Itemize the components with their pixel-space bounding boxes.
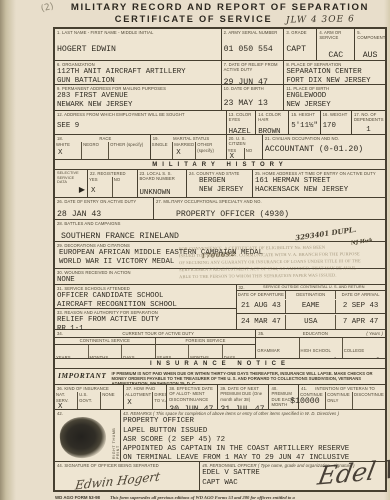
field-title: RACE [63, 136, 148, 141]
field-label: 3. GRADE [286, 30, 314, 35]
insurance-amount-value: $10000 [290, 397, 319, 407]
field-label: 22. REGISTERED [90, 171, 126, 176]
field-label: 21. CIVILIAN OCCUPATION AND NO. [265, 136, 383, 141]
field-header: 37. HOW PAID [124, 385, 166, 392]
field-label: 37. HOW PAID [126, 386, 155, 391]
field-ss-board-number: 23. LOCAL S. S. BOARD NUMBER UNKNOWN [138, 170, 188, 197]
field-label: 17. NO. OF DEPENDENTS [354, 112, 383, 123]
option-yes: YES X [227, 148, 245, 160]
field-label: 15. HEIGHT [291, 112, 317, 117]
field-label: 38. EFFECTIVE DATE OF ALLOT- MENT DISCON… [169, 386, 215, 402]
field-value: 28 JAN 43 [57, 210, 151, 219]
field-how-paid: 37. HOW PAID ALLOTMENT X DIRECT TO V.A. [124, 385, 167, 409]
scanned-document-page: { "page": { "mark": "(2)" }, "header": {… [0, 0, 390, 500]
option-other: OTHER (specify) [109, 142, 150, 159]
field-name: 1. LAST NAME - FIRST NAME - MIDDLE INITI… [55, 29, 222, 60]
form-row: IMPORTANT IF PREMIUM IS NOT PAID WHEN DU… [55, 369, 385, 385]
field-label: 27. MILITARY OCCUPATIONAL SPECIALTY AND … [156, 199, 383, 204]
left-stack: 31. SERVICE SCHOOLS ATTENDED OFFICER CAN… [55, 285, 237, 329]
field-title: MARITAL STATUS [159, 136, 224, 141]
field-veteran-intention: 41. INTENTION OF VETERAN TO CONTINUE CON… [299, 385, 385, 409]
field-component: 5. COMPONENT AUS [355, 29, 385, 60]
form-number: WD AGO FORM 53-98 [55, 495, 100, 500]
field-weight: 16. WEIGHT 170 [321, 111, 352, 134]
form-row: 6. ORGANIZATION 112TH ANIT AIRCRAFT ARTI… [55, 61, 385, 85]
option-group: ALLOTMENT X DIRECT TO V.A. [124, 392, 166, 409]
field-birth-date: 10. DATE OF BIRTH 23 MAY 13 [222, 85, 285, 110]
field-header: 20. U. S. CITIZEN [227, 135, 262, 148]
tour-columns: YEARS0 MONTHS9 DAYS15 [55, 345, 155, 359]
field-label: 36. KIND OF INSURANCE [57, 386, 109, 391]
field-label: 9. PERMANENT ADDRESS FOR MAILING PURPOSE… [57, 86, 219, 91]
field-label: 31. SERVICE SCHOOLS ATTENDED [57, 286, 234, 291]
field-birth-place: 11. PLACE OF BIRTH ENGLEWOOD NEW JERSEY [284, 85, 385, 110]
field-personnel-officer: 45. PERSONNEL OFFICER ( Type name, grade… [200, 462, 385, 490]
field-value: 30 JUN 47 [169, 405, 215, 409]
field-label: 7. DATE OF RELIEF FROM ACTIVE DUTY [224, 62, 282, 73]
field-header: 22. REGISTERED [88, 170, 137, 177]
checkmark: X [174, 149, 194, 158]
option-continue-only: CONTINUE ONLY [326, 392, 353, 409]
field-title: SERVICE OUTSIDE CONTINENTAL U. S. AND RE… [245, 285, 383, 290]
field-label: 33. REASON AND AUTHORITY FOR SEPARATION [57, 310, 234, 315]
option-group: YES X NO [227, 148, 262, 160]
field-next-premium-due: 39. DATE OF NEXT PREMIUM DUE (One month … [218, 385, 269, 409]
important-text: IF PREMIUM IS NOT PAID WHEN DUE OR WITHI… [110, 369, 385, 384]
education-grammar: GRAMMAR SCHOOL 8 [256, 338, 299, 358]
option-direct-va: DIRECT TO V.A. [153, 392, 167, 409]
field-county-state: 24. COUNTY AND STATE BERGEN NEW JERSEY [187, 170, 253, 197]
education-columns: GRAMMAR SCHOOL 8 HIGH SCHOOL 4 COLLEGE 6 [256, 338, 385, 358]
field-military-specialty: 27. MILITARY OCCUPATIONAL SPECIALTY AND … [154, 198, 385, 219]
field-allotment-discontinuance: 38. EFFECTIVE DATE OF ALLOT- MENT DISCON… [167, 385, 218, 409]
field-selective-service: SELECTIVE SERVICE DATA ▶ [55, 170, 88, 197]
option-group: WHITE X NEGRO OTHER (specify) [55, 142, 150, 159]
form-row: 18. RACE WHITE X NEGRO OTHER (specify) [55, 135, 385, 160]
section-title-insurance-notice: INSURANCE NOTICE [55, 359, 385, 369]
overseas-row: 24 MAR 47 USA 7 APR 47 [237, 314, 386, 329]
field-label: 26. DATE OF ENTRY ON ACTIVE DUTY [57, 199, 151, 204]
field-value: CAC [319, 51, 352, 61]
separation-certificate-document: (2) MILITARY RECORD AND REPORT OF SEPARA… [53, 2, 387, 500]
eligibility-stamp-text: FOR CONVENIENCE, A CERTIFICATE OF ELIGIB… [179, 243, 390, 280]
field-number: 42. [57, 411, 118, 416]
field-relief-date: 7. DATE OF RELIEF FROM ACTIVE DUTY 29 JU… [222, 61, 285, 84]
field-home-address: 25. HOME ADDRESS AT TIME OF ENTRY ON ACT… [253, 170, 385, 197]
field-note: ( Years ) [366, 331, 383, 336]
field-label: 2. ARMY SERIAL NUMBER [224, 30, 282, 35]
field-value: 1 [354, 126, 383, 135]
continental-service: CONTINENTAL SERVICE YEARS0 MONTHS9 DAYS1… [55, 338, 156, 358]
form-row: 44. SIGNATURE OF OFFICER BEING SEPARATED… [55, 462, 385, 490]
option-group: NAT. SERV. X U.S. GOVT. NONE [55, 392, 123, 409]
field-label: 4. ARM OR SERVICE [319, 30, 352, 41]
field-title: CURRENT TOUR OF ACTIVE DUTY [63, 331, 253, 336]
field-value: 283 FIRST AVENUE NEWARK NEW JERSEY [57, 92, 219, 110]
education-college: COLLEGE 6 [343, 338, 385, 358]
field-marital-status: 19. MARITAL STATUS SINGLE MARRIED X OTHE… [151, 135, 227, 159]
field-label: 8. PLACE OF SEPARATION [286, 62, 383, 67]
field-label: 1. LAST NAME - FIRST NAME - MIDDLE INITI… [57, 30, 219, 35]
checkmark: X [56, 149, 80, 158]
option-yes: YES X [88, 177, 113, 197]
form-row: 42. RIGHT THUMB PRINT 43. REMARKS ( This… [55, 410, 385, 462]
form-row: 1. LAST NAME - FIRST NAME - MIDDLE INITI… [55, 29, 385, 61]
field-color-hair: 14. COLOR HAIR BROWN [256, 111, 289, 134]
field-label: 14. COLOR HAIR [258, 112, 286, 123]
field-place-of-separation: 8. PLACE OF SEPARATION SEPARATION CENTER… [284, 61, 385, 84]
overseas-column-headers: DATE OF DEPARTURE DESTINATION DATE OF AR… [237, 291, 386, 298]
section-title-military-history: MILITARY HISTORY [55, 160, 385, 170]
field-color-eyes: 13. COLOR EYES HAZEL [227, 111, 257, 134]
form-row: 12. ADDRESS FROM WHICH EMPLOYMENT WILL B… [55, 111, 385, 135]
field-organization: 6. ORGANIZATION 112TH ANIT AIRCRAFT ARTI… [55, 61, 222, 84]
form-row: 31. SERVICE SCHOOLS ATTENDED OFFICER CAN… [55, 285, 385, 330]
field-value: ENGLEWOOD NEW JERSEY [286, 92, 383, 110]
foreign-service: FOREIGN SERVICE YEARS3 MONTHS7 DAYS17 [156, 338, 256, 358]
option-single: SINGLE [151, 142, 174, 159]
tour-columns: YEARS3 MONTHS7 DAYS17 [156, 345, 256, 359]
field-service-schools: 31. SERVICE SCHOOLS ATTENDED OFFICER CAN… [55, 285, 236, 309]
field-label: 20. U. S. CITIZEN [229, 136, 260, 147]
checkmark: X [228, 153, 243, 159]
option-no: NO [113, 177, 137, 197]
field-header: 34. CURRENT TOUR OF ACTIVE DUTY [55, 330, 255, 338]
field-label: 13. COLOR EYES [229, 112, 254, 123]
checkmark: X [125, 399, 151, 408]
form-row: 36. KIND OF INSURANCE NAT. SERV. X U.S. … [55, 385, 385, 410]
thumbprint-image [58, 415, 108, 461]
field-value: 01 050 554 [224, 45, 282, 55]
field-entry-date: 26. DATE OF ENTRY ON ACTIVE DUTY 28 JAN … [55, 198, 154, 219]
field-label: 24. COUNTY AND STATE [189, 171, 250, 176]
field-value: SEPARATION CENTER FORT DIX NEW JERSEY [286, 68, 383, 84]
option-other: OTHER (specify) [196, 142, 225, 159]
document-subtitle-row: CERTIFICATE OF SERVICE JLW 4 3OE 6 [83, 14, 387, 25]
field-header: 35. EDUCATION ( Years ) [256, 330, 385, 338]
field-header: 41. INTENTION OF VETERAN TO [299, 385, 385, 392]
checkmark: X [89, 187, 111, 196]
education-high-school: HIGH SCHOOL 4 [300, 338, 343, 358]
field-label: 43. REMARKS ( This space for completion … [123, 411, 383, 416]
field-value: UNKNOWN [140, 189, 185, 198]
field-value: PROPERTY OFFICER (4930) [156, 210, 383, 219]
option-none: NONE [101, 392, 123, 409]
field-header: 18. RACE [55, 135, 150, 142]
field-education: 35. EDUCATION ( Years ) GRAMMAR SCHOOL 8… [256, 330, 385, 358]
field-value: ACCOUNTANT (0-01.20) [265, 145, 383, 155]
field-header: 19. MARITAL STATUS [151, 135, 226, 142]
option-discontinue: DISCONTINUE [353, 392, 385, 409]
field-race: 18. RACE WHITE X NEGRO OTHER (specify) [55, 135, 151, 159]
field-value: 170 [323, 122, 349, 131]
field-label: 6. ORGANIZATION [57, 62, 219, 67]
field-current-tour: 34. CURRENT TOUR OF ACTIVE DUTY CONTINEN… [55, 330, 256, 358]
field-overseas-service: 32. SERVICE OUTSIDE CONTINENTAL U. S. AN… [237, 285, 386, 329]
thumbprint-vertical-label: RIGHT THUMB PRINT [112, 413, 120, 459]
field-grade: 3. GRADE CAPT [284, 29, 317, 60]
overseas-row: 21 AUG 43 EAME 2 SEP 43 [237, 299, 386, 315]
option-group: SINGLE MARRIED X OTHER (specify) [151, 142, 226, 159]
form-row: SELECTIVE SERVICE DATA ▶ 22. REGISTERED … [55, 170, 385, 198]
field-value: 5'11½" [291, 122, 317, 131]
document-title: MILITARY RECORD AND REPORT OF SEPARATION [53, 2, 387, 13]
field-us-citizen: 20. U. S. CITIZEN YES X NO [227, 135, 263, 159]
form-row: 34. CURRENT TOUR OF ACTIVE DUTY CONTINEN… [55, 330, 385, 359]
field-registered: 22. REGISTERED YES X NO [88, 170, 138, 197]
field-label: 25. HOME ADDRESS AT TIME OF ENTRY ON ACT… [255, 171, 383, 176]
option-negro: NEGRO [82, 142, 109, 159]
option-white: WHITE X [55, 142, 82, 159]
form-row: 26. DATE OF ENTRY ON ACTIVE DUTY 28 JAN … [55, 198, 385, 220]
field-label: 16. WEIGHT [323, 112, 349, 117]
important-label: IMPORTANT [55, 369, 110, 384]
field-value: CAPT [286, 45, 314, 55]
field-label: 5. COMPONENT [357, 30, 383, 41]
tour-body: CONTINENTAL SERVICE YEARS0 MONTHS9 DAYS1… [55, 338, 255, 358]
field-label: 10. DATE OF BIRTH [224, 86, 282, 91]
option-group: YES X NO [88, 177, 137, 197]
field-value: BERGEN NEW JERSEY [189, 177, 250, 195]
form-grid: 1. LAST NAME - FIRST NAME - MIDDLE INITI… [53, 27, 387, 492]
option-allotment: ALLOTMENT X [124, 392, 153, 409]
handwritten-file-code: JLW 4 3OE 6 [286, 14, 355, 25]
arrow-right-icon: ▶ [57, 186, 85, 194]
field-value: HOGERT EDWIN [57, 45, 219, 55]
form-supersession-note: This form supersedes all previous editio… [110, 495, 300, 500]
field-label: 28. BATTLES AND CAMPAIGNS [57, 221, 383, 226]
field-title: EDUCATION [264, 331, 366, 336]
form-row: 9. PERMANENT ADDRESS FOR MAILING PURPOSE… [55, 85, 385, 111]
field-value: OFFICER CANDIDATE SCHOOL AIRCRAFT RECOGN… [57, 292, 234, 310]
field-arm-or-service: 4. ARM OR SERVICE CAC [317, 29, 355, 60]
form-footer: WD AGO FORM 53-98 1 November 1944 This f… [53, 495, 387, 500]
field-remarks: 43. REMARKS ( This space for completion … [121, 410, 385, 461]
field-thumb-print: 42. RIGHT THUMB PRINT [55, 410, 121, 461]
field-value: SEE 9 [57, 122, 224, 131]
field-serial-number: 2. ARMY SERIAL NUMBER 01 050 554 [222, 29, 285, 60]
field-value: 112TH ANIT AIRCRAFT ARTILLERY GUN BATTAL… [57, 68, 219, 84]
field-label: 11. PLACE OF BIRTH [286, 86, 383, 91]
officer-handwritten-signature: Edwin Hogert [74, 466, 198, 490]
field-label: 39. DATE OF NEXT PREMIUM DUE (One month … [220, 386, 266, 402]
form-identification: WD AGO FORM 53-98 1 November 1944 [55, 495, 100, 500]
field-header: 36. KIND OF INSURANCE [55, 385, 123, 392]
field-value: BROWN [258, 128, 286, 135]
option-us-govt: U.S. GOVT. [78, 392, 101, 409]
field-value: HAZEL [229, 128, 254, 135]
field-officer-signature: 44. SIGNATURE OF OFFICER BEING SEPARATED… [55, 462, 200, 490]
field-dependents: 17. NO. OF DEPENDENTS 1 [352, 111, 385, 134]
checkmark: X [56, 403, 76, 409]
field-value: PROPERTY OFFICER LAPEL BUTTON ISSUED ASR… [123, 417, 383, 461]
option-married: MARRIED X [173, 142, 196, 159]
field-value: 23 MAY 13 [224, 99, 282, 109]
field-kind-of-insurance: 36. KIND OF INSURANCE NAT. SERV. X U.S. … [55, 385, 124, 409]
field-value: AUS [357, 51, 383, 61]
field-employment-address: 12. ADDRESS FROM WHICH EMPLOYMENT WILL B… [55, 111, 227, 134]
field-value: 161 HERMAN STREET HACKENSACK NEW JERSEY [255, 177, 383, 195]
field-label: 23. LOCAL S. S. BOARD NUMBER [140, 171, 185, 182]
field-title: INTENTION OF VETERAN TO [307, 386, 383, 391]
field-value: 29 JUN 47 [224, 78, 282, 85]
option-no: NO [245, 148, 262, 160]
field-value: 31 JUL 47 [220, 405, 266, 409]
document-subtitle: CERTIFICATE OF SERVICE [115, 14, 273, 24]
field-height: 15. HEIGHT 5'11½" [289, 111, 320, 134]
field-label: 12. ADDRESS FROM WHICH EMPLOYMENT WILL B… [57, 112, 224, 117]
field-civilian-occupation: 21. CIVILIAN OCCUPATION AND NO. ACCOUNTA… [263, 135, 385, 159]
field-label: SELECTIVE SERVICE DATA [57, 171, 85, 185]
field-mailing-address: 9. PERMANENT ADDRESS FOR MAILING PURPOSE… [55, 85, 222, 110]
option-nat-serv: NAT. SERV. X [55, 392, 78, 409]
